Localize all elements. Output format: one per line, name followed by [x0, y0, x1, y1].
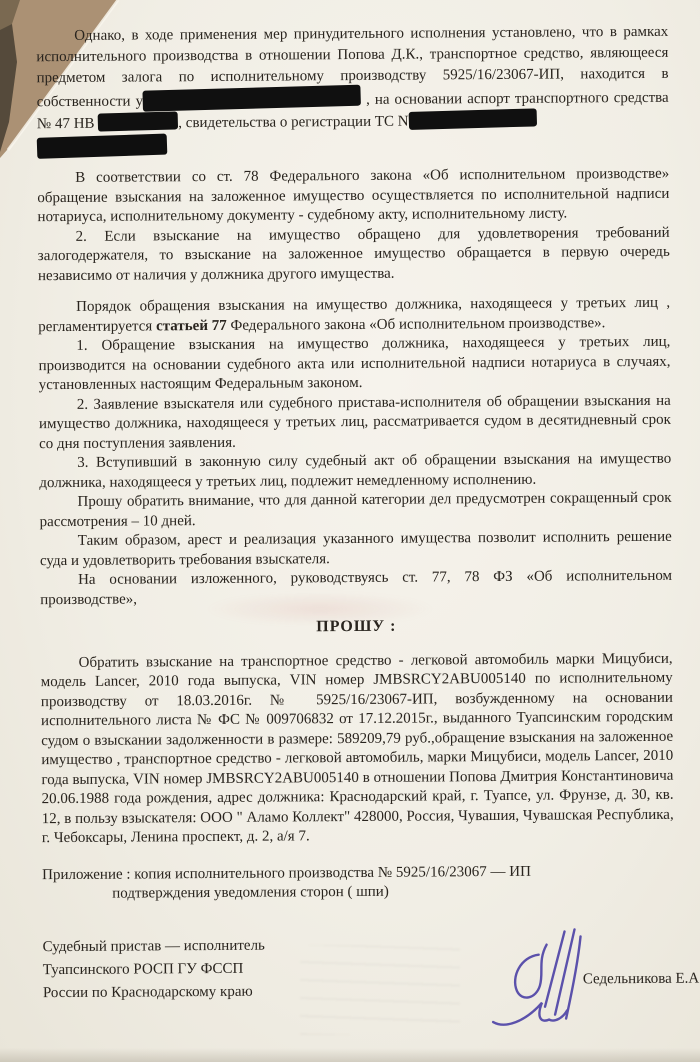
bottom-edge-shadow [0, 1048, 700, 1062]
paragraph-facts: Однако, в ходе применения мер принудител… [36, 22, 669, 135]
paragraph-article77-intro: Порядок обращения взыскания на имущество… [38, 294, 670, 337]
paragraph-petition-body: Обратить взыскание на транспортное средс… [41, 649, 674, 848]
article77-bold: статьей 77 [156, 317, 227, 333]
article77-text-2: Федерального закона «Об исполнительном п… [227, 315, 606, 334]
paragraph-legal-basis: На основании изложенного, руководствуясь… [40, 567, 672, 610]
paragraph-article78: В соответствии со ст. 78 Федерального за… [37, 165, 669, 228]
petition-heading: ПРОШУ : [40, 615, 672, 639]
attachment-line-2: подтверждения уведомления сторон ( шпи) [42, 881, 674, 905]
paragraph-article77-item1: 1. Обращение взыскания на имущество долж… [38, 333, 670, 396]
attachment-block: Приложение : копия исполнительного произ… [42, 861, 674, 904]
redaction-bar-registration-number [408, 108, 536, 130]
paragraph-conclusion: Таким образом, арест и реализация указан… [40, 528, 672, 571]
page-sheet: Однако, в ходе применения мер принудител… [0, 0, 700, 1062]
redaction-bar-serial [37, 134, 168, 159]
redaction-bar-owner [143, 85, 362, 112]
paragraph-article78-part2: 2. Если взыскание на имущество обращено … [38, 223, 670, 286]
redacted-serial-line: 533791. [37, 133, 669, 164]
redaction-bar-passport-number [98, 111, 178, 131]
document-text: Однако, в ходе применения мер принудител… [0, 0, 700, 1046]
page-bleed-texture [300, 945, 460, 1035]
paragraph-article77-item2: 2. Заявление взыскателя или судебного пр… [39, 391, 671, 454]
paragraph-article77-item3: 3. Вступивший в законную силу судебный а… [39, 450, 671, 493]
paragraph-note-deadline: Прошу обратить внимание, что для данной … [39, 489, 671, 532]
facts-text-3: , свидетельства о регистрации ТС N [178, 114, 408, 132]
signer-name: Седельникова Е.А. [583, 969, 700, 989]
